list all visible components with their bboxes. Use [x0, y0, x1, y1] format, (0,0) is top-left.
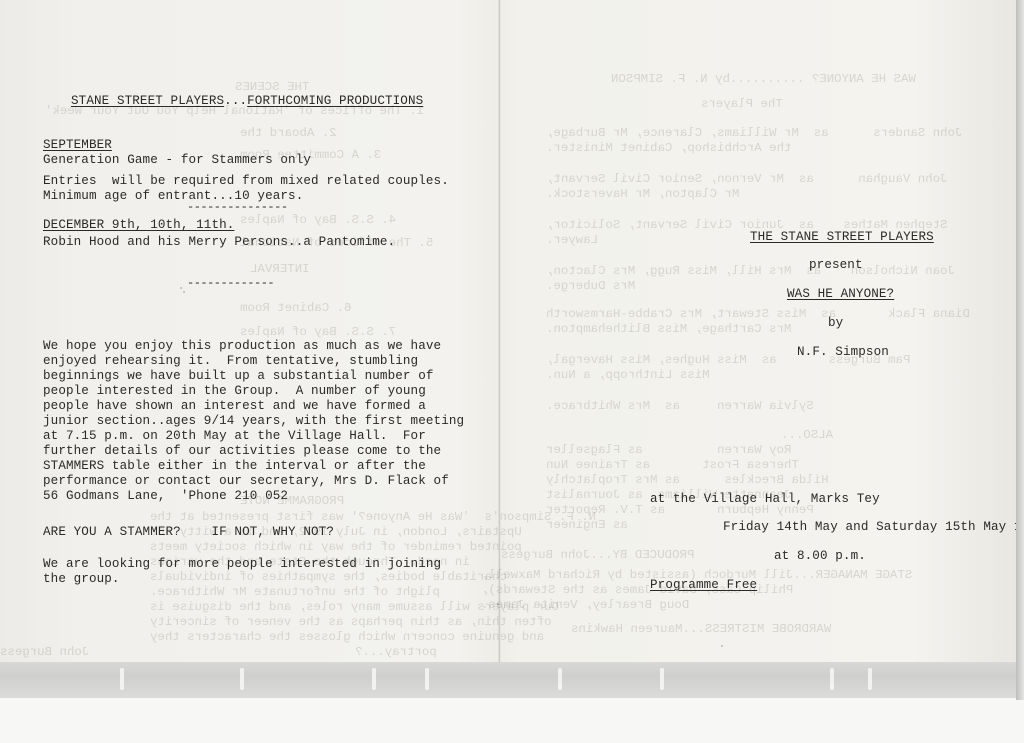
ghost-line: Miss Linthropp, a Nun. [546, 368, 873, 383]
message-line: beginnings we have built up a substantia… [43, 369, 434, 384]
ghost-line: John Vaughan as Mr Vernon, Senior Civil … [546, 172, 948, 187]
message-line: 56 Godmans Lane, 'Phone 210 052 [43, 489, 288, 504]
heading-company: STANE STREET PLAYERS [71, 94, 224, 108]
ghost-line: Roy Warren as Flagseller [546, 443, 791, 458]
venue: at the Village Hall, Marks Tey [650, 492, 880, 507]
performance-dates: Friday 14th May and Saturday 15th May 19… [723, 520, 1024, 535]
ghost-line: Lawyer. [546, 233, 762, 248]
ghost-line: Doug Brearley, Venita James. [481, 598, 726, 613]
message-line: enjoyed rehearsing it. From tentative, s… [43, 354, 418, 369]
by-label: by [828, 316, 843, 331]
ghost-line: John Burgess [0, 645, 89, 660]
heading-separator: ... [224, 94, 247, 108]
message-line: further details of our activities please… [43, 444, 441, 459]
ghost-line: Mrs Duberge. [546, 279, 799, 294]
ghost-line: INTERVAL [250, 262, 310, 277]
ghost-line: plight of the unfortunate Mr Whitbrace. [150, 585, 440, 600]
recruit-line: We are looking for more people intereste… [43, 557, 441, 572]
ghost-line: The Players [701, 97, 783, 112]
ghost-line: 2. Aboard the [240, 126, 337, 141]
scan-edge [1016, 0, 1024, 700]
production-month: DECEMBER 9th, 10th, 11th. [43, 218, 234, 233]
present-label: present [809, 258, 863, 273]
plastic-sleeve-edge [0, 662, 1016, 698]
ghost-line: Theresa Frost as Trainee Nun [546, 458, 799, 473]
recruit-line: the group. [43, 572, 120, 587]
ghost-line: Diana Flack as Miss Stewart, Mrs Crabbe-… [546, 307, 970, 322]
ghost-line: THE SCENES [235, 80, 309, 95]
ghost-line: ALSO... [781, 428, 833, 443]
ink-speck [183, 291, 185, 293]
ghost-line: 6. Cabinet Room [240, 301, 352, 316]
message-line: people have shown an interest and we hav… [43, 399, 426, 414]
ghost-line: pointed reminder of the way in which soc… [150, 540, 522, 555]
message-line: STAMMERS table either in the interval or… [43, 459, 426, 474]
ghost-line: John Sanders as Mr Williams, Clarence, M… [546, 126, 962, 141]
production-title: Generation Game - for Stammers only [43, 153, 311, 168]
production-detail: Entries will be required from mixed rela… [43, 174, 449, 189]
ghost-line: Mr Clapton, Mr Haverstock. [546, 187, 903, 202]
ghost-line: often thin, as thin perhaps as the venee… [150, 615, 552, 630]
call-out: ARE YOU A STAMMER? IF NOT, WHY NOT? [43, 525, 334, 540]
ghost-line: Joan Nicholson as Mrs Hill, Miss Rugg, M… [546, 264, 955, 279]
ghost-line: 4. S.S. Bay of Naples [240, 213, 396, 228]
divider: --------------- [187, 200, 288, 214]
ghost-line: and genuine concern which glosses the ch… [150, 630, 544, 645]
production-month: SEPTEMBER [43, 138, 112, 153]
ghost-line: Sylvia Warren as Mrs Whitbrace. [546, 399, 814, 414]
ghost-line: portray...? [355, 645, 437, 660]
ghost-line: WAS HE ANYONE? ..........by N. F. SIMPSO… [611, 72, 916, 87]
ghost-line: charitable bodies, the sympathies of ind… [150, 570, 507, 585]
right-page: WAS HE ANYONE? ..........by N. F. SIMPSO… [501, 0, 1016, 662]
page-heading: STANE STREET PLAYERS...FORTHCOMING PRODU… [71, 94, 423, 109]
message-line: junior section..ages 9/14 years, with th… [43, 414, 464, 429]
programme-note: Programme Free [650, 578, 757, 593]
message-line: at 7.15 p.m. on 20th May at the Village … [43, 429, 426, 444]
author-name: N.F. Simpson [797, 345, 889, 360]
ink-speck [180, 287, 182, 289]
message-line: people interested in the Group. A number… [43, 384, 426, 399]
company-name: THE STANE STREET PLAYERS [750, 230, 934, 245]
ghost-line: Mrs Carthage, Miss Blithehampton. [546, 322, 955, 337]
ink-speck [497, 603, 499, 605]
ghost-line: WARDROBE MISTRESS...Maureen Hawkins [571, 622, 831, 637]
ink-speck [721, 645, 723, 647]
left-page: THE SCENES 1. The offices of 'Rational H… [0, 0, 498, 662]
ghost-line: the Archbishop, Cabinet Minister. [546, 141, 955, 156]
divider: ------------- [187, 276, 274, 290]
programme-sheet: THE SCENES 1. The offices of 'Rational H… [0, 0, 1016, 662]
production-title: Robin Hood and his Merry Persons..a Pant… [43, 235, 395, 250]
heading-productions: FORTHCOMING PRODUCTIONS [247, 94, 423, 108]
ghost-line: 7. S.S. Bay of Naples [240, 325, 396, 340]
message-line: We hope you enjoy this production as muc… [43, 339, 441, 354]
performance-time: at 8.00 p.m. [774, 549, 866, 564]
ghost-line: Hilda Breckles as Mrs Troplatchly [546, 473, 829, 488]
ghost-line: PRODUCED BY...John Burgess [501, 548, 694, 563]
message-line: performance or contact our secretary, Mr… [43, 474, 449, 489]
play-title: WAS HE ANYONE? [787, 287, 894, 302]
